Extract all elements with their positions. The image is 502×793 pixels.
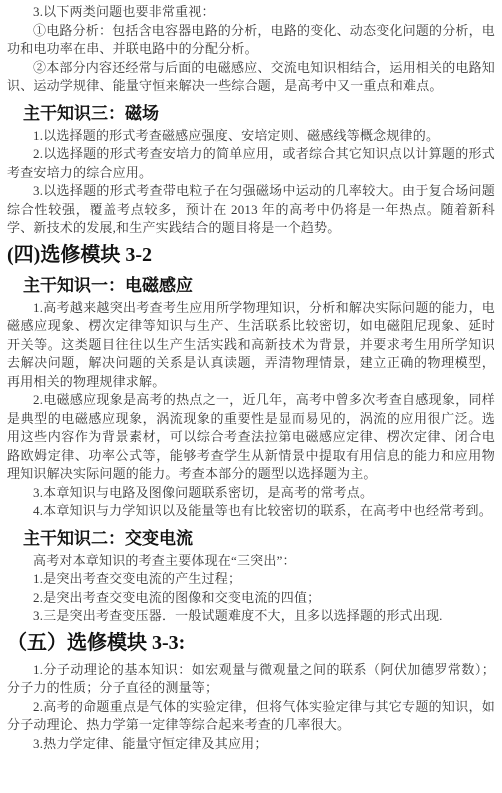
paragraph: 高考对本章知识的考查主要体现在“三突出”： bbox=[7, 552, 495, 571]
paragraph: 3.以选择题的形式考查带电粒子在匀强磁场中运动的几率较大。由于复合场问题综合性较… bbox=[7, 182, 495, 238]
paragraph: 3.以下两类问题也要非常重视： bbox=[7, 3, 495, 22]
paragraph: 1.分子动理论的基本知识：如宏观量与微观量之间的联系（阿伏加德罗常数）；分子力的… bbox=[7, 661, 495, 698]
paragraph: 2.以选择题的形式考查安培力的简单应用，或者综合其它知识点以计算题的形式考查安培… bbox=[7, 145, 495, 182]
section-heading: （五）选修模块 3-3: bbox=[7, 630, 495, 656]
paragraph: 3.本章知识与电路及图像问题联系密切，是高考的常考点。 bbox=[7, 484, 495, 503]
topic-heading: 主干知识三：磁场 bbox=[23, 102, 495, 125]
paragraph: 2.高考的命题重点是气体的实验定律，但将气体实验定律与其它专题的知识，如分子动理… bbox=[7, 698, 495, 735]
paragraph: 2.电磁感应现象是高考的热点之一，近几年，高考中曾多次考查自感现象，同样是典型的… bbox=[7, 391, 495, 484]
paragraph: 4.本章知识与力学知识以及能量等也有比较密切的联系，在高考中也经常考到。 bbox=[7, 502, 495, 521]
topic-heading: 主干知识二：交变电流 bbox=[23, 527, 495, 550]
document-page: 3.以下两类问题也要非常重视：①电路分析：包括含电容器电路的分析，电路的变化、动… bbox=[0, 0, 502, 793]
paragraph: 1.是突出考查交变电流的产生过程； bbox=[7, 570, 495, 589]
paragraph: 2.是突出考查交变电流的图像和交变电流的四值； bbox=[7, 589, 495, 608]
topic-heading: 主干知识一：电磁感应 bbox=[23, 274, 495, 297]
paragraph: ②本部分内容还经常与后面的电磁感应、交流电知识相结合，运用相关的电路知识、运动学… bbox=[7, 59, 495, 96]
paragraph: 3.三是突出考查变压器．一般试题难度不大，且多以选择题的形式出现. bbox=[7, 607, 495, 626]
paragraph: 3.热力学定律、能量守恒定律及其应用； bbox=[7, 735, 495, 754]
paragraph: 1.高考越来越突出考查考生应用所学物理知识，分析和解决实际问题的能力，电磁感应现… bbox=[7, 299, 495, 392]
document-content: 3.以下两类问题也要非常重视：①电路分析：包括含电容器电路的分析，电路的变化、动… bbox=[7, 3, 495, 753]
paragraph: ①电路分析：包括含电容器电路的分析，电路的变化、动态变化问题的分析，电功和电功率… bbox=[7, 22, 495, 59]
section-heading: (四)选修模块 3-2 bbox=[7, 242, 495, 268]
paragraph: 1.以选择题的形式考查磁感应强度、安培定则、磁感线等概念规律的。 bbox=[7, 127, 495, 146]
